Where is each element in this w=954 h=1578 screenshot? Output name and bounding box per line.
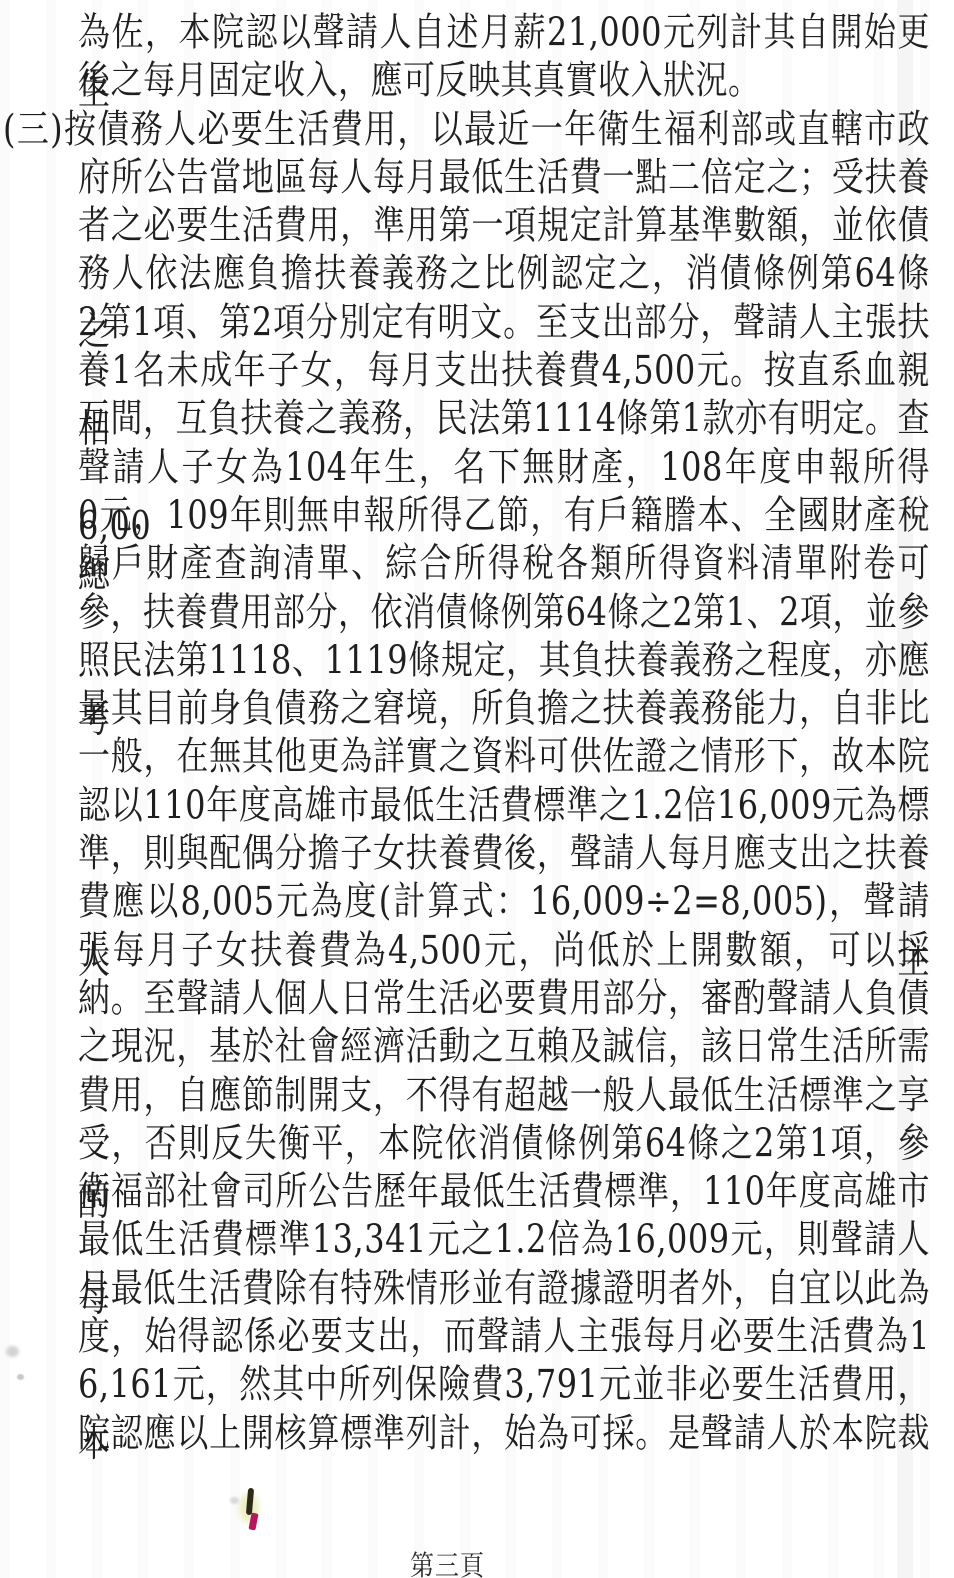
pen-mark xyxy=(233,1488,269,1540)
pen-mark-smudge xyxy=(230,1497,239,1504)
page-number: 第三頁 xyxy=(410,1543,485,1578)
margin-smudge xyxy=(6,1346,19,1357)
document-body: 為佐，本院認以聲請人自述月薪21,000元列計其自開始更生後之每月固定收入，應可… xyxy=(0,8,954,1457)
document-page: 為佐，本院認以聲請人自述月薪21,000元列計其自開始更生後之每月固定收入，應可… xyxy=(0,0,954,1578)
margin-smudge xyxy=(17,1374,24,1380)
text-line: 院認應以上開核算標準列計，始為可採。是聲請人於本院裁 xyxy=(78,1403,930,1462)
